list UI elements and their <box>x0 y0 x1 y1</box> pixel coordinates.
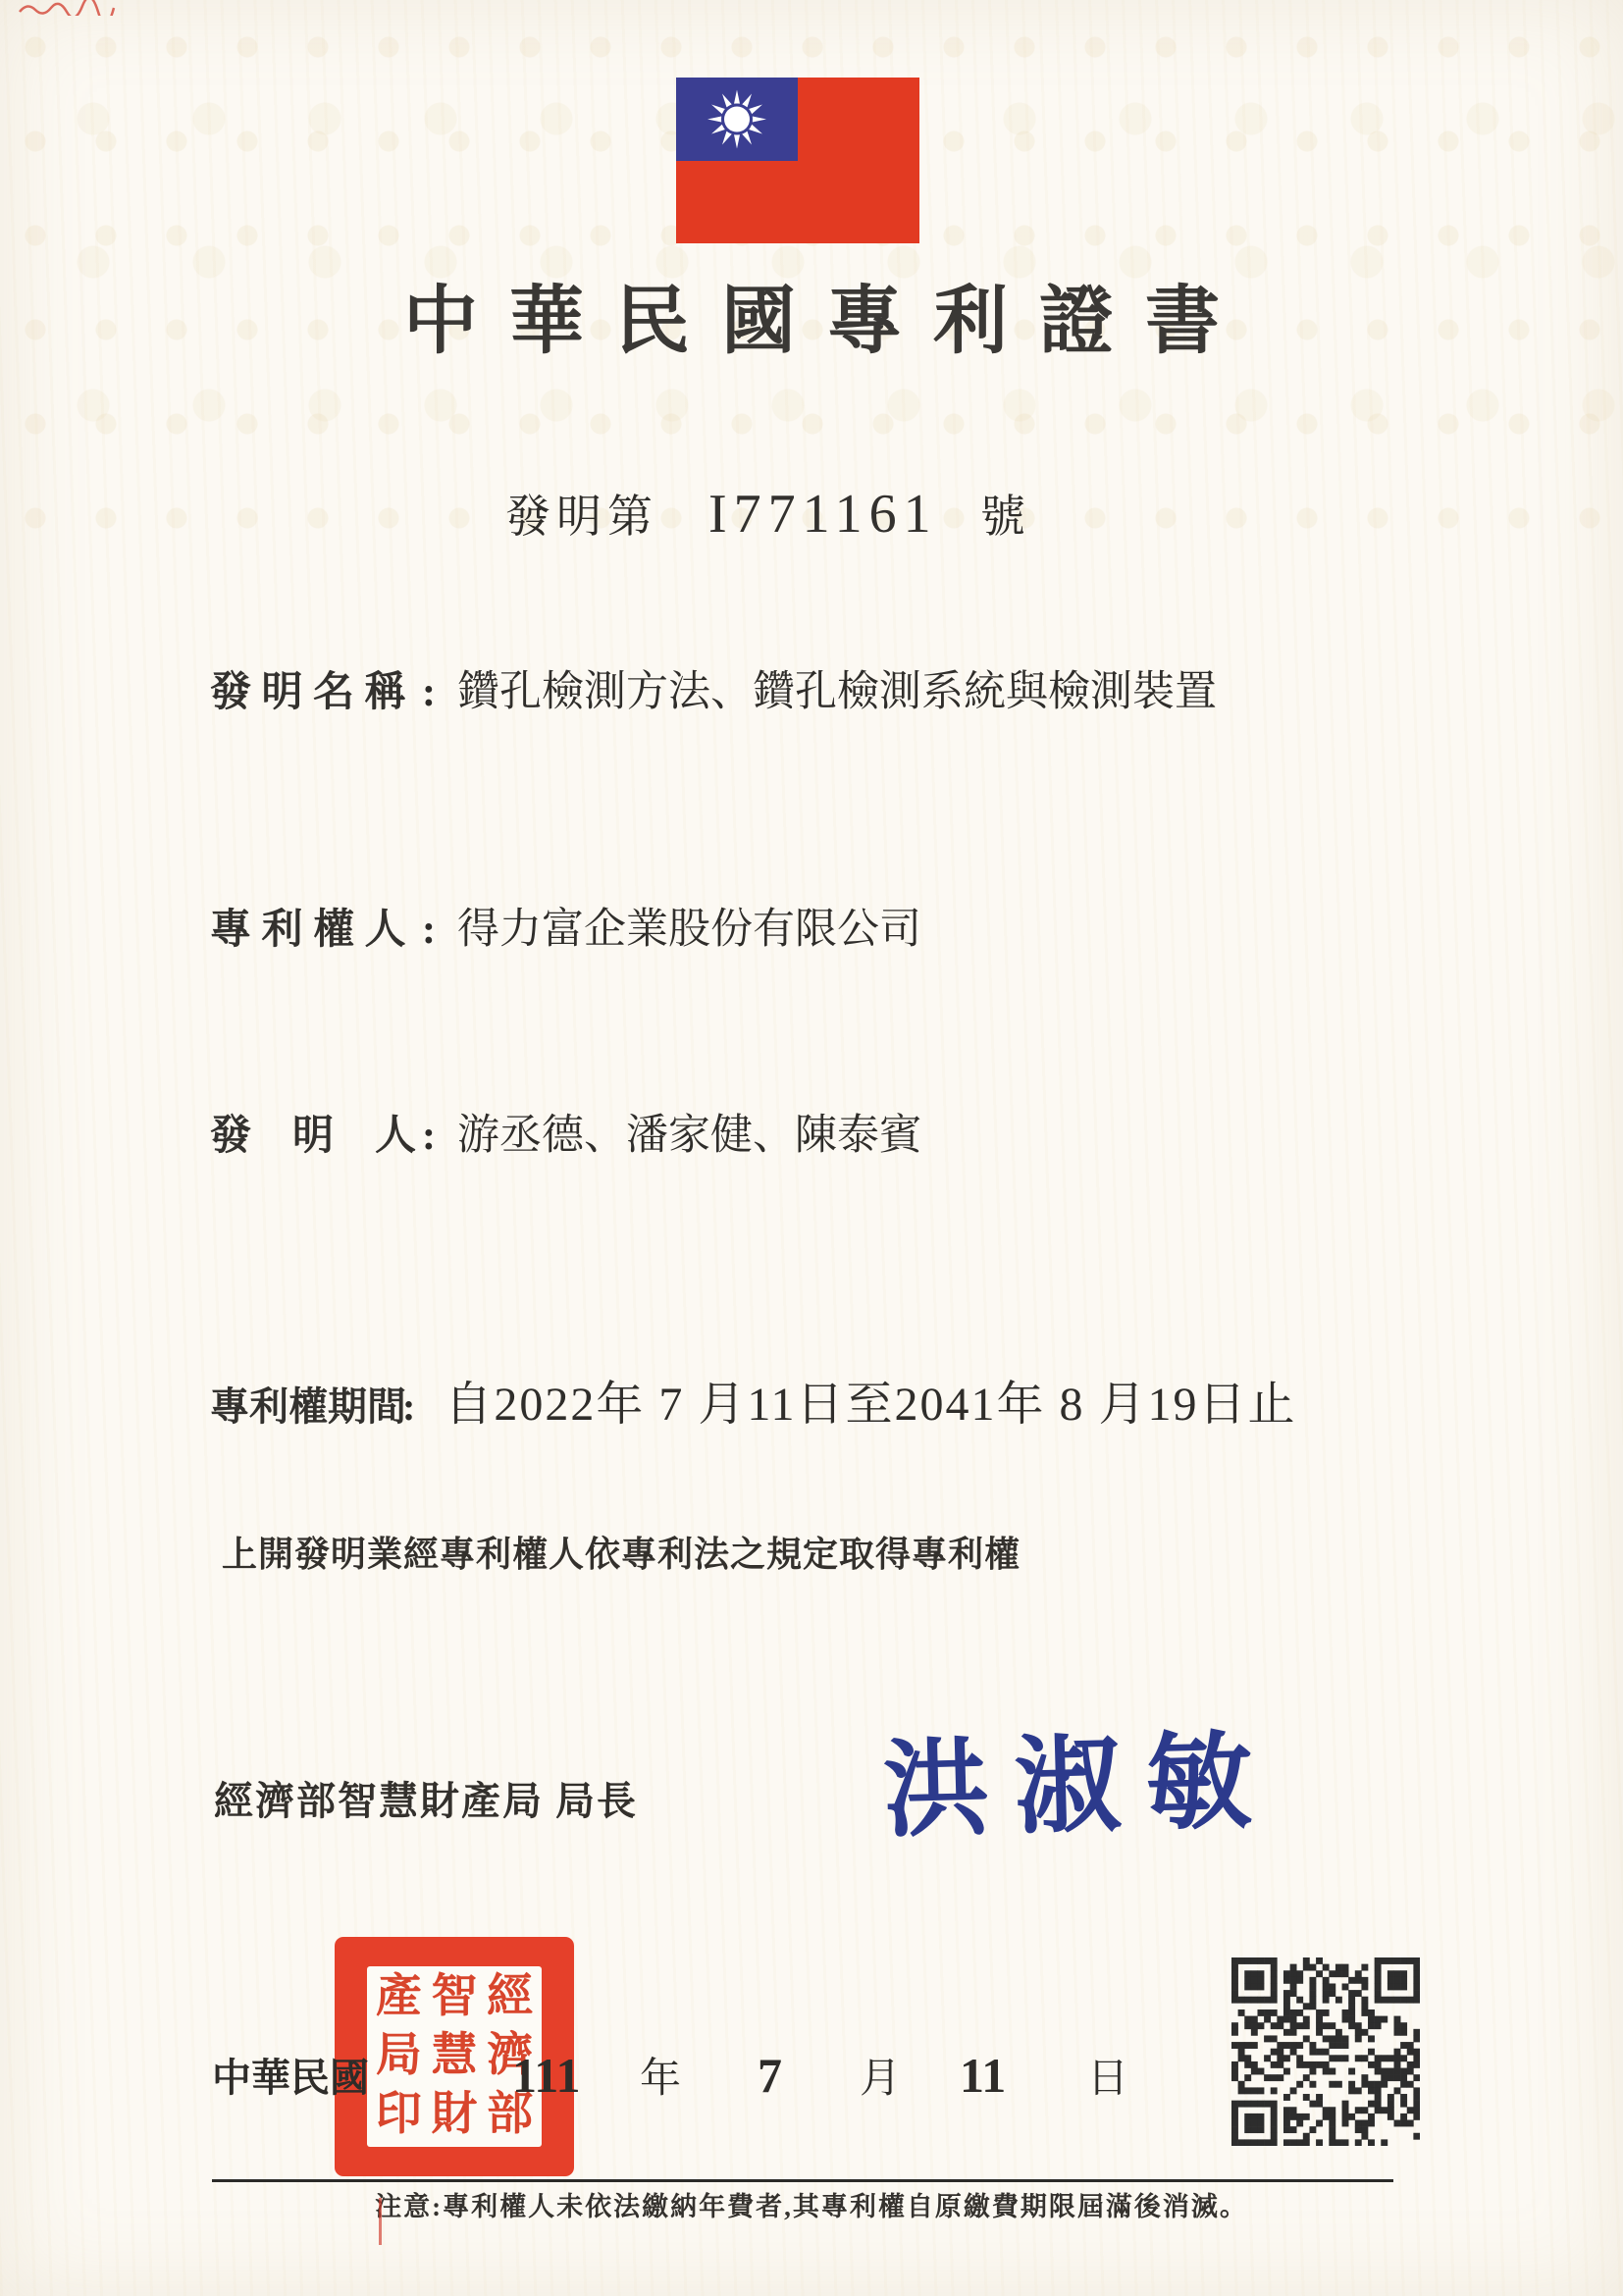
patent-type-label: 發明第 <box>505 495 658 540</box>
invention-name-value: 鑽孔檢測方法、鑽孔檢測系統與檢測裝置 <box>457 671 1217 713</box>
date-month: 7 <box>758 2051 782 2100</box>
seal-column: 智 慧 財 <box>427 1972 483 2141</box>
inventors-label: 發 明 人 <box>210 1116 422 1157</box>
date-era: 中華民國 <box>212 2059 369 2098</box>
patentee-value: 得力富企業股份有限公司 <box>457 909 921 951</box>
inventors-value: 游丞德、潘家健、陳泰賓 <box>457 1115 921 1157</box>
issuing-office-title: 經濟部智慧財產局 局長 <box>214 1782 638 1821</box>
date-year-unit: 年 <box>640 2059 681 2100</box>
patent-number: I771161 <box>708 487 938 542</box>
certificate-title: 中華民國專利證書 <box>0 285 1623 359</box>
footer-divider <box>212 2179 1393 2182</box>
date-day: 11 <box>960 2051 1006 2100</box>
seal-glyph: 經 <box>487 1972 533 2023</box>
field-row-inventors: 發 明 人 : 游丞德、潘家健、陳泰賓 <box>210 1115 921 1157</box>
patent-number-suffix: 號 <box>980 495 1025 540</box>
seal-column: 產 局 印 <box>371 1972 427 2141</box>
flag-canton <box>676 78 798 161</box>
date-day-unit: 日 <box>1087 2059 1128 2100</box>
seal-glyph: 智 <box>431 1972 477 2023</box>
qr-code <box>1231 1957 1420 2146</box>
invention-name-label: 發 明 名 稱 <box>210 672 422 713</box>
seal-glyph: 慧 <box>431 2031 477 2082</box>
patentee-label: 專 利 權 人 <box>210 910 422 951</box>
scan-artifact <box>379 2198 382 2245</box>
date-month-unit: 月 <box>860 2059 901 2100</box>
footer-note: 注意:專利權人未依法繳納年費者,其專利權自原繳費期限屆滿後消滅。 <box>0 2194 1623 2220</box>
patent-term-label: 專利權期間 <box>210 1387 402 1427</box>
grant-statement: 上開發明業經專利權人依專利法之規定取得專利權 <box>222 1537 1021 1572</box>
seal-glyph: 局 <box>376 2031 422 2082</box>
field-row-patentee: 專 利 權 人 : 得力富企業股份有限公司 <box>210 909 921 951</box>
colon: : <box>422 1116 436 1157</box>
field-row-patent-term: 專利權期間 : 自2022年 7 月11日至2041年 8 月19日止 <box>210 1382 1297 1429</box>
colon: : <box>422 910 436 951</box>
seal-glyph: 財 <box>431 2090 477 2141</box>
sun-icon <box>676 78 798 161</box>
seal-glyph: 印 <box>376 2090 422 2141</box>
scan-artifact <box>18 0 135 16</box>
patent-term-value: 自2022年 7 月11日至2041年 8 月19日止 <box>445 1382 1296 1429</box>
field-row-invention-name: 發 明 名 稱 : 鑽孔檢測方法、鑽孔檢測系統與檢測裝置 <box>210 671 1217 713</box>
date-year: 111 <box>512 2051 580 2100</box>
director-signature: 洪淑敏 <box>882 1730 1280 1846</box>
colon: : <box>422 672 436 713</box>
seal-glyph: 產 <box>376 1972 422 2023</box>
certificate-page: 中華民國專利證書 發明第 I771161 號 發 明 名 稱 : 鑽孔檢測方法、… <box>0 0 1623 2296</box>
taiwan-flag <box>676 78 919 243</box>
colon: : <box>402 1387 415 1427</box>
